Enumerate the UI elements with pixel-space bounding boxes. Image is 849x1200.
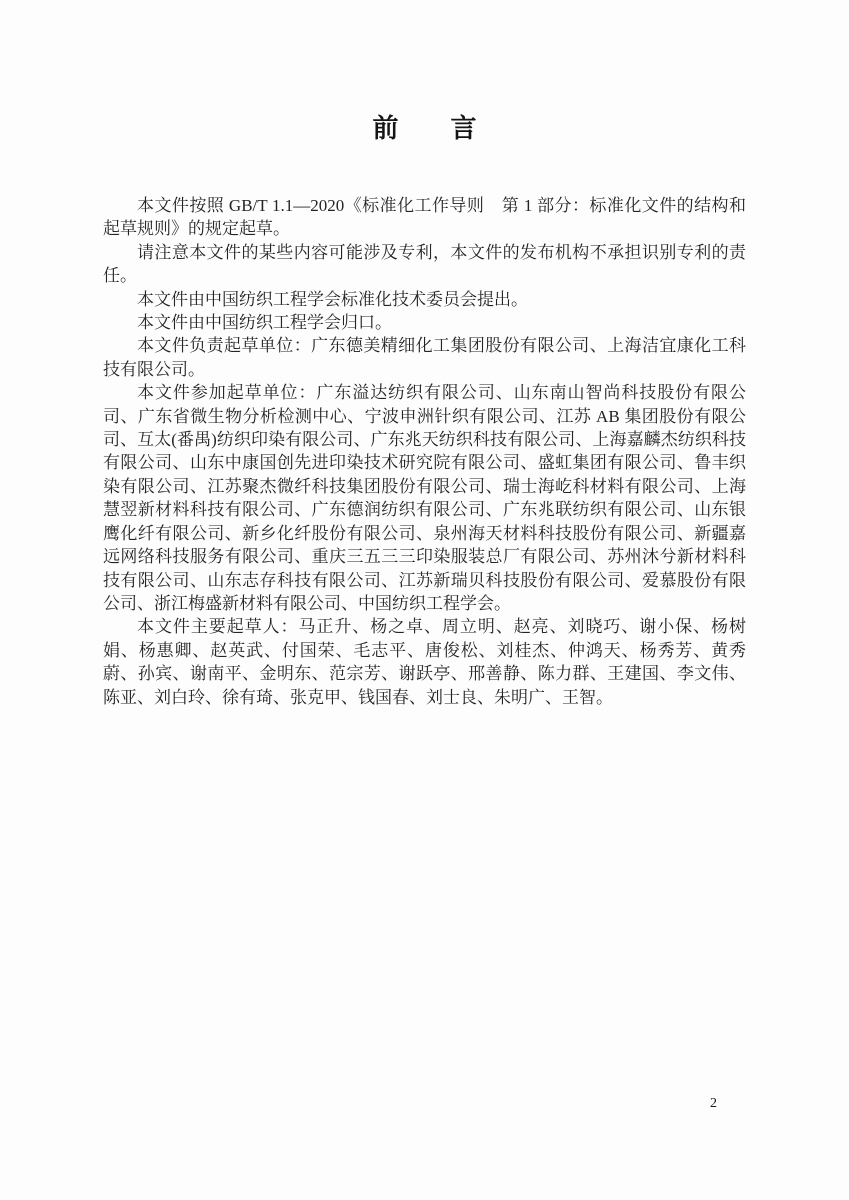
document-page: 前 言 本文件按照 GB/T 1.1—2020《标准化工作导则 第 1 部分：标… [0, 0, 849, 1200]
paragraph-responsible-drafting-units: 本文件负责起草单位：广东德美精细化工集团股份有限公司、上海洁宜康化工科技有限公司… [103, 334, 746, 381]
paragraph-under-jurisdiction: 本文件由中国纺织工程学会归口。 [103, 311, 746, 334]
document-body: 本文件按照 GB/T 1.1—2020《标准化工作导则 第 1 部分：标准化文件… [103, 194, 746, 709]
paragraph-proposed-by: 本文件由中国纺织工程学会标准化技术委员会提出。 [103, 288, 746, 311]
document-title: 前 言 [0, 112, 849, 146]
paragraph-main-drafters: 本文件主要起草人：马正升、杨之卓、周立明、赵亮、刘晓巧、谢小保、杨树娟、杨惠卿、… [103, 615, 746, 709]
paragraph-patent-notice: 请注意本文件的某些内容可能涉及专利，本文件的发布机构不承担识别专利的责任。 [103, 241, 746, 288]
page-number: 2 [710, 1096, 740, 1112]
paragraph-basis-clause: 本文件按照 GB/T 1.1—2020《标准化工作导则 第 1 部分：标准化文件… [103, 194, 746, 241]
paragraph-participating-drafting-units: 本文件参加起草单位：广东溢达纺织有限公司、山东南山智尚科技股份有限公司、广东省微… [103, 381, 746, 615]
